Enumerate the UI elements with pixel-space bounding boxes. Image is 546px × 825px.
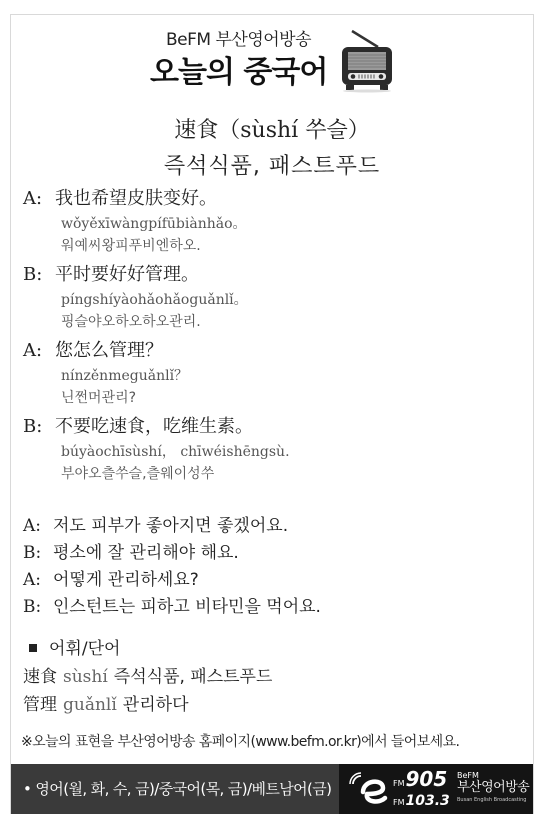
dialog-line: B:平时要好好管理。 píngshíyàohǎohǎoguǎnlǐ。 핑슬야오하… bbox=[23, 261, 523, 333]
show-title: 오늘의 중국어 bbox=[150, 47, 327, 91]
korean-translation: A:저도 피부가 좋아지면 좋겠어요. B:평소에 잘 관리해야 해요. A:어… bbox=[23, 513, 523, 621]
chinese-sentence: 平时要好好管理。 bbox=[55, 264, 199, 285]
translation-line: A:어떻게 관리하세요? bbox=[23, 567, 523, 594]
logo-brand-english: Busan English Broadcasting bbox=[457, 796, 529, 804]
translation-line: A:저도 피부가 좋아지면 좋겠어요. bbox=[23, 513, 523, 540]
lesson-card: BeFM 부산영어방송 오늘의 중국어 速食（sùshí 쑤슬） bbox=[10, 14, 534, 814]
translation-text: 저도 피부가 좋아지면 좋겠어요. bbox=[53, 516, 288, 536]
fm-label: FM bbox=[393, 779, 405, 788]
logo-brand-name: 부산영어방송 bbox=[457, 780, 529, 796]
vocab-meaning: 즉석식품, 패스트푸드 bbox=[114, 667, 273, 687]
translation-line: B:인스턴트는 피하고 비타민을 먹어요. bbox=[23, 594, 523, 621]
vocab-hanzi: 管理 bbox=[23, 695, 57, 715]
befm-logo: FM905 FM103.3 BeFM 부산영어방송 Busan English … bbox=[339, 764, 533, 814]
vocabulary-item: 速食sùshí즉석식품, 패스트푸드 bbox=[23, 663, 523, 691]
speaker-label: B: bbox=[23, 540, 53, 567]
korean-pronunciation: 워예씨왕피푸비엔하오. bbox=[61, 235, 523, 257]
chinese-sentence: 不要吃速食，吃维生素。 bbox=[55, 416, 253, 437]
speaker-label: A: bbox=[23, 185, 55, 213]
dialog-line: A:我也希望皮肤变好。 wǒyěxīwàngpífūbiànhǎo。 워예씨왕피… bbox=[23, 185, 523, 257]
speaker-label: B: bbox=[23, 413, 55, 441]
pinyin: búyàochīsùshí， chīwéishēngsù. bbox=[61, 441, 523, 463]
speaker-label: B: bbox=[23, 594, 53, 621]
website-notice: ※오늘의 표현을 부산영어방송 홈페이지(www.befm.or.kr)에서 들… bbox=[21, 731, 531, 751]
pinyin: wǒyěxīwàngpífūbiànhǎo。 bbox=[61, 213, 523, 235]
frequency-labels: FM905 FM103.3 bbox=[393, 769, 450, 809]
vocab-meaning: 관리하다 bbox=[123, 695, 189, 715]
chinese-dialog: A:我也希望皮肤变好。 wǒyěxīwàngpífūbiànhǎo。 워예씨왕피… bbox=[23, 185, 523, 489]
vocabulary-item: 管理guǎnlǐ관리하다 bbox=[23, 691, 523, 719]
vocab-hanzi: 速食 bbox=[23, 667, 57, 687]
dialog-line: A:您怎么管理？ nínzěnmeguǎnlǐ？ 닌쩐머관리? bbox=[23, 337, 523, 409]
footer-bar: • 영어(월, 화, 수, 금)/중국어(목, 금)/베트남어(금) FM905… bbox=[11, 764, 533, 814]
logo-brand: BeFM 부산영어방송 Busan English Broadcasting bbox=[457, 771, 529, 804]
frequency-905: 905 bbox=[406, 767, 448, 791]
frequency-1033: 103.3 bbox=[406, 793, 450, 809]
fm-label: FM bbox=[393, 798, 405, 807]
translation-text: 어떻게 관리하세요? bbox=[53, 570, 199, 590]
speaker-label: A: bbox=[23, 567, 53, 594]
broadcast-schedule: • 영어(월, 화, 수, 금)/중국어(목, 금)/베트남어(금) bbox=[23, 778, 331, 799]
pinyin: nínzěnmeguǎnlǐ？ bbox=[61, 365, 523, 387]
pinyin: píngshíyàohǎohǎoguǎnlǐ。 bbox=[61, 289, 523, 311]
vocab-pinyin: guǎnlǐ bbox=[63, 695, 117, 715]
square-bullet-icon bbox=[29, 644, 37, 652]
chinese-sentence: 您怎么管理？ bbox=[55, 340, 163, 361]
radio-icon bbox=[338, 27, 396, 93]
vocabulary-heading-text: 어휘/단어 bbox=[49, 639, 120, 659]
translation-text: 평소에 잘 관리해야 해요. bbox=[53, 543, 239, 563]
korean-pronunciation: 부야오츨쑤슬,츨웨이성쑤 bbox=[61, 463, 523, 485]
chinese-sentence: 我也希望皮肤变好。 bbox=[55, 188, 217, 209]
vocabulary-heading: 어휘/단어 bbox=[23, 635, 523, 663]
translation-text: 인스턴트는 피하고 비타민을 먹어요. bbox=[53, 597, 321, 617]
dialog-line: B:不要吃速食，吃维生素。 búyàochīsùshí， chīwéishēng… bbox=[23, 413, 523, 485]
korean-pronunciation: 핑슬야오하오하오관리. bbox=[61, 311, 523, 333]
header: BeFM 부산영어방송 오늘의 중국어 bbox=[11, 15, 533, 103]
speaker-label: A: bbox=[23, 513, 53, 540]
expression-title: 速食（sùshí 쑤슬） bbox=[11, 113, 533, 144]
korean-pronunciation: 닌쩐머관리? bbox=[61, 387, 523, 409]
translation-line: B:평소에 잘 관리해야 해요. bbox=[23, 540, 523, 567]
logo-brand-small: BeFM bbox=[457, 771, 529, 780]
vocab-pinyin: sùshí bbox=[63, 667, 108, 687]
speaker-label: B: bbox=[23, 261, 55, 289]
befm-e-logo-icon bbox=[349, 770, 391, 808]
speaker-label: A: bbox=[23, 337, 55, 365]
expression-meaning: 즉석식품, 패스트푸드 bbox=[11, 149, 533, 180]
vocabulary-section: 어휘/단어 速食sùshí즉석식품, 패스트푸드 管理guǎnlǐ관리하다 bbox=[23, 635, 523, 719]
